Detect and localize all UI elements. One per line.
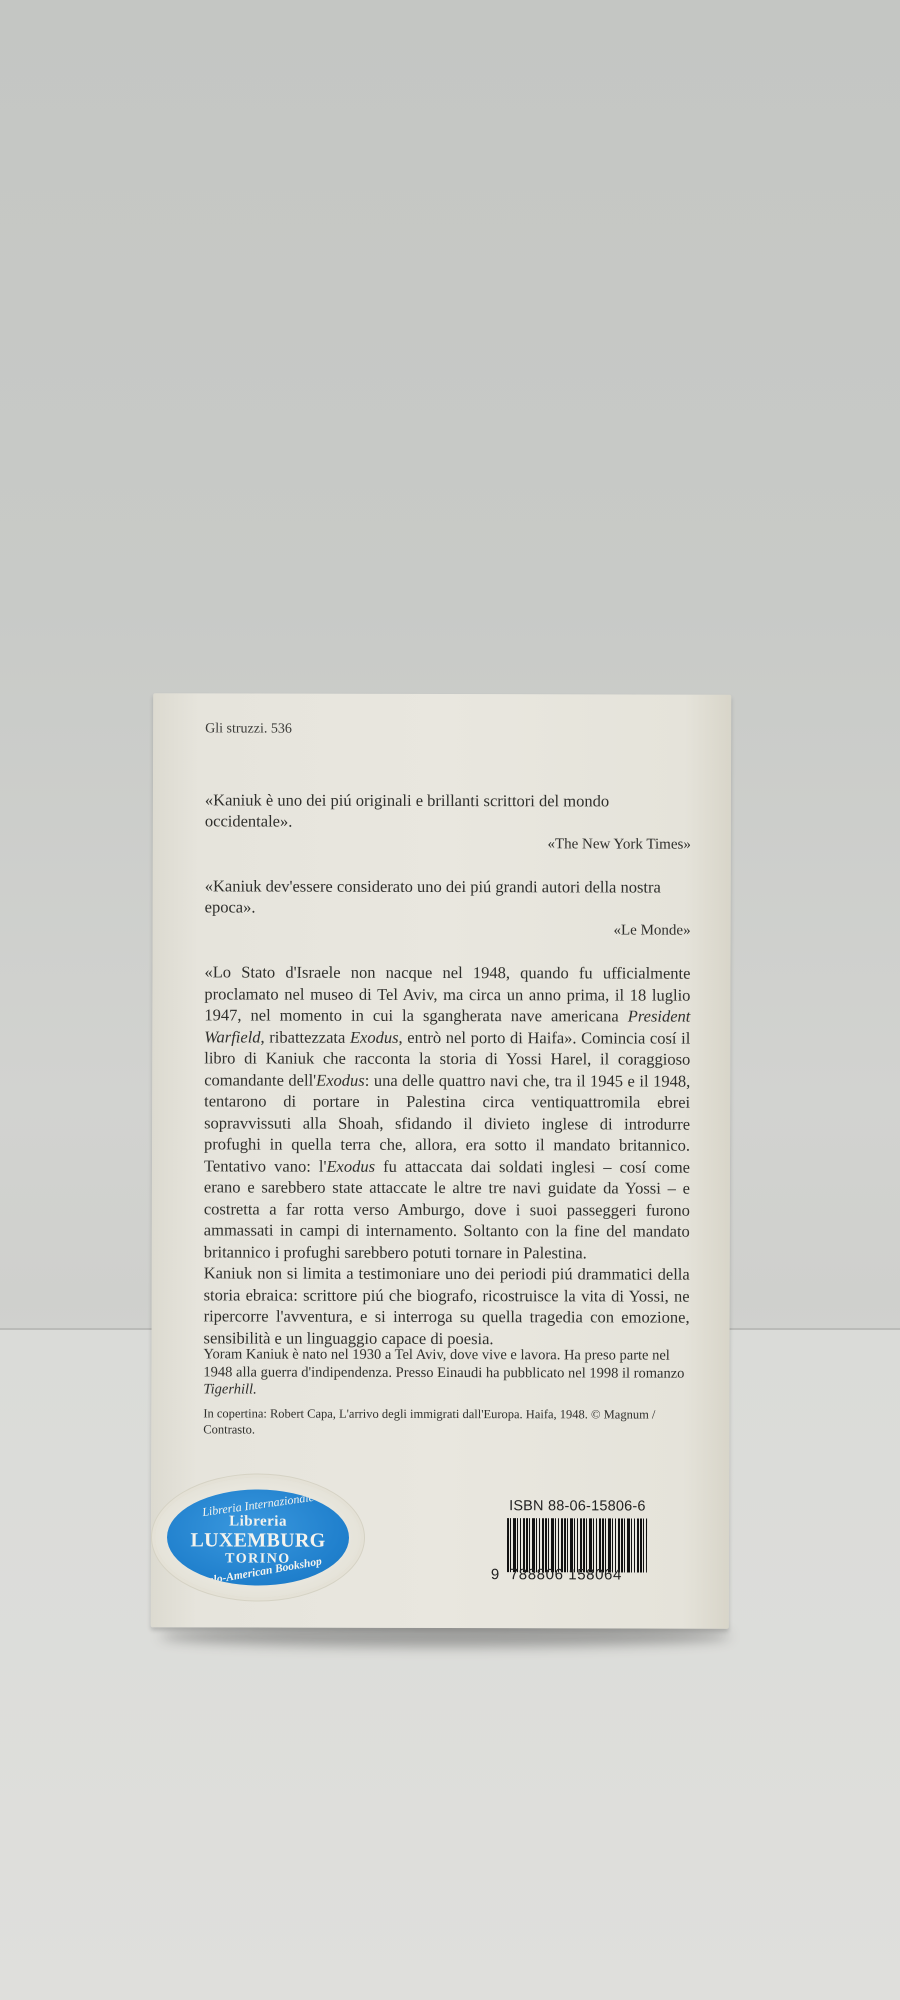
bio-book-title: Tigerhill. xyxy=(203,1381,256,1397)
blurb: «Lo Stato d'Israele non nacque nel 1948,… xyxy=(204,961,691,1349)
sticker-line-1: Libreria xyxy=(167,1513,349,1530)
author-bio: Yoram Kaniuk è nato nel 1930 a Tel Aviv,… xyxy=(203,1346,689,1400)
book-back-cover: Gli struzzi. 536 «Kaniuk è uno dei piú o… xyxy=(151,693,731,1629)
cover-credits: In copertina: Robert Capa, L'arrivo degl… xyxy=(203,1405,689,1438)
series-label: Gli struzzi. 536 xyxy=(205,721,292,737)
blurb-paragraph-2: Kaniuk non si limita a testimoniare uno … xyxy=(204,1262,690,1349)
barcode-digits: 788806 158064 xyxy=(510,1566,622,1583)
quote-source: «Le Monde» xyxy=(205,919,691,940)
blurb-text: , ribattezzata xyxy=(261,1027,350,1046)
barcode-icon xyxy=(507,1518,647,1572)
quote-2: «Kaniuk dev'essere considerato uno dei p… xyxy=(205,875,691,940)
blurb-paragraph-1: «Lo Stato d'Israele non nacque nel 1948,… xyxy=(204,961,691,1263)
quote-source: «The New York Times» xyxy=(205,833,691,854)
quote-text: «Kaniuk è uno dei piú originali e brilla… xyxy=(205,789,691,832)
ship-name: Exodus xyxy=(350,1027,399,1046)
bookshop-sticker: Libreria Internazionale Libreria LUXEMBU… xyxy=(155,1477,361,1598)
sticker-oval: Libreria Internazionale Libreria LUXEMBU… xyxy=(167,1489,349,1585)
quote-1: «Kaniuk è uno dei piú originali e brilla… xyxy=(205,789,691,854)
quote-text: «Kaniuk dev'essere considerato uno dei p… xyxy=(205,875,691,918)
barcode-number: 9788806 158064 xyxy=(491,1566,622,1583)
barcode-first-digit: 9 xyxy=(491,1566,500,1583)
ship-name: Exodus xyxy=(326,1156,375,1175)
isbn-label: ISBN 88-06-15806-6 xyxy=(509,1498,646,1514)
blurb-text: «Lo Stato d'Israele non nacque nel 1948,… xyxy=(204,962,690,1025)
bio-text: Yoram Kaniuk è nato nel 1930 a Tel Aviv,… xyxy=(203,1346,684,1381)
sticker-line-2: LUXEMBURG xyxy=(167,1529,349,1552)
ship-name: Exodus xyxy=(316,1070,365,1089)
